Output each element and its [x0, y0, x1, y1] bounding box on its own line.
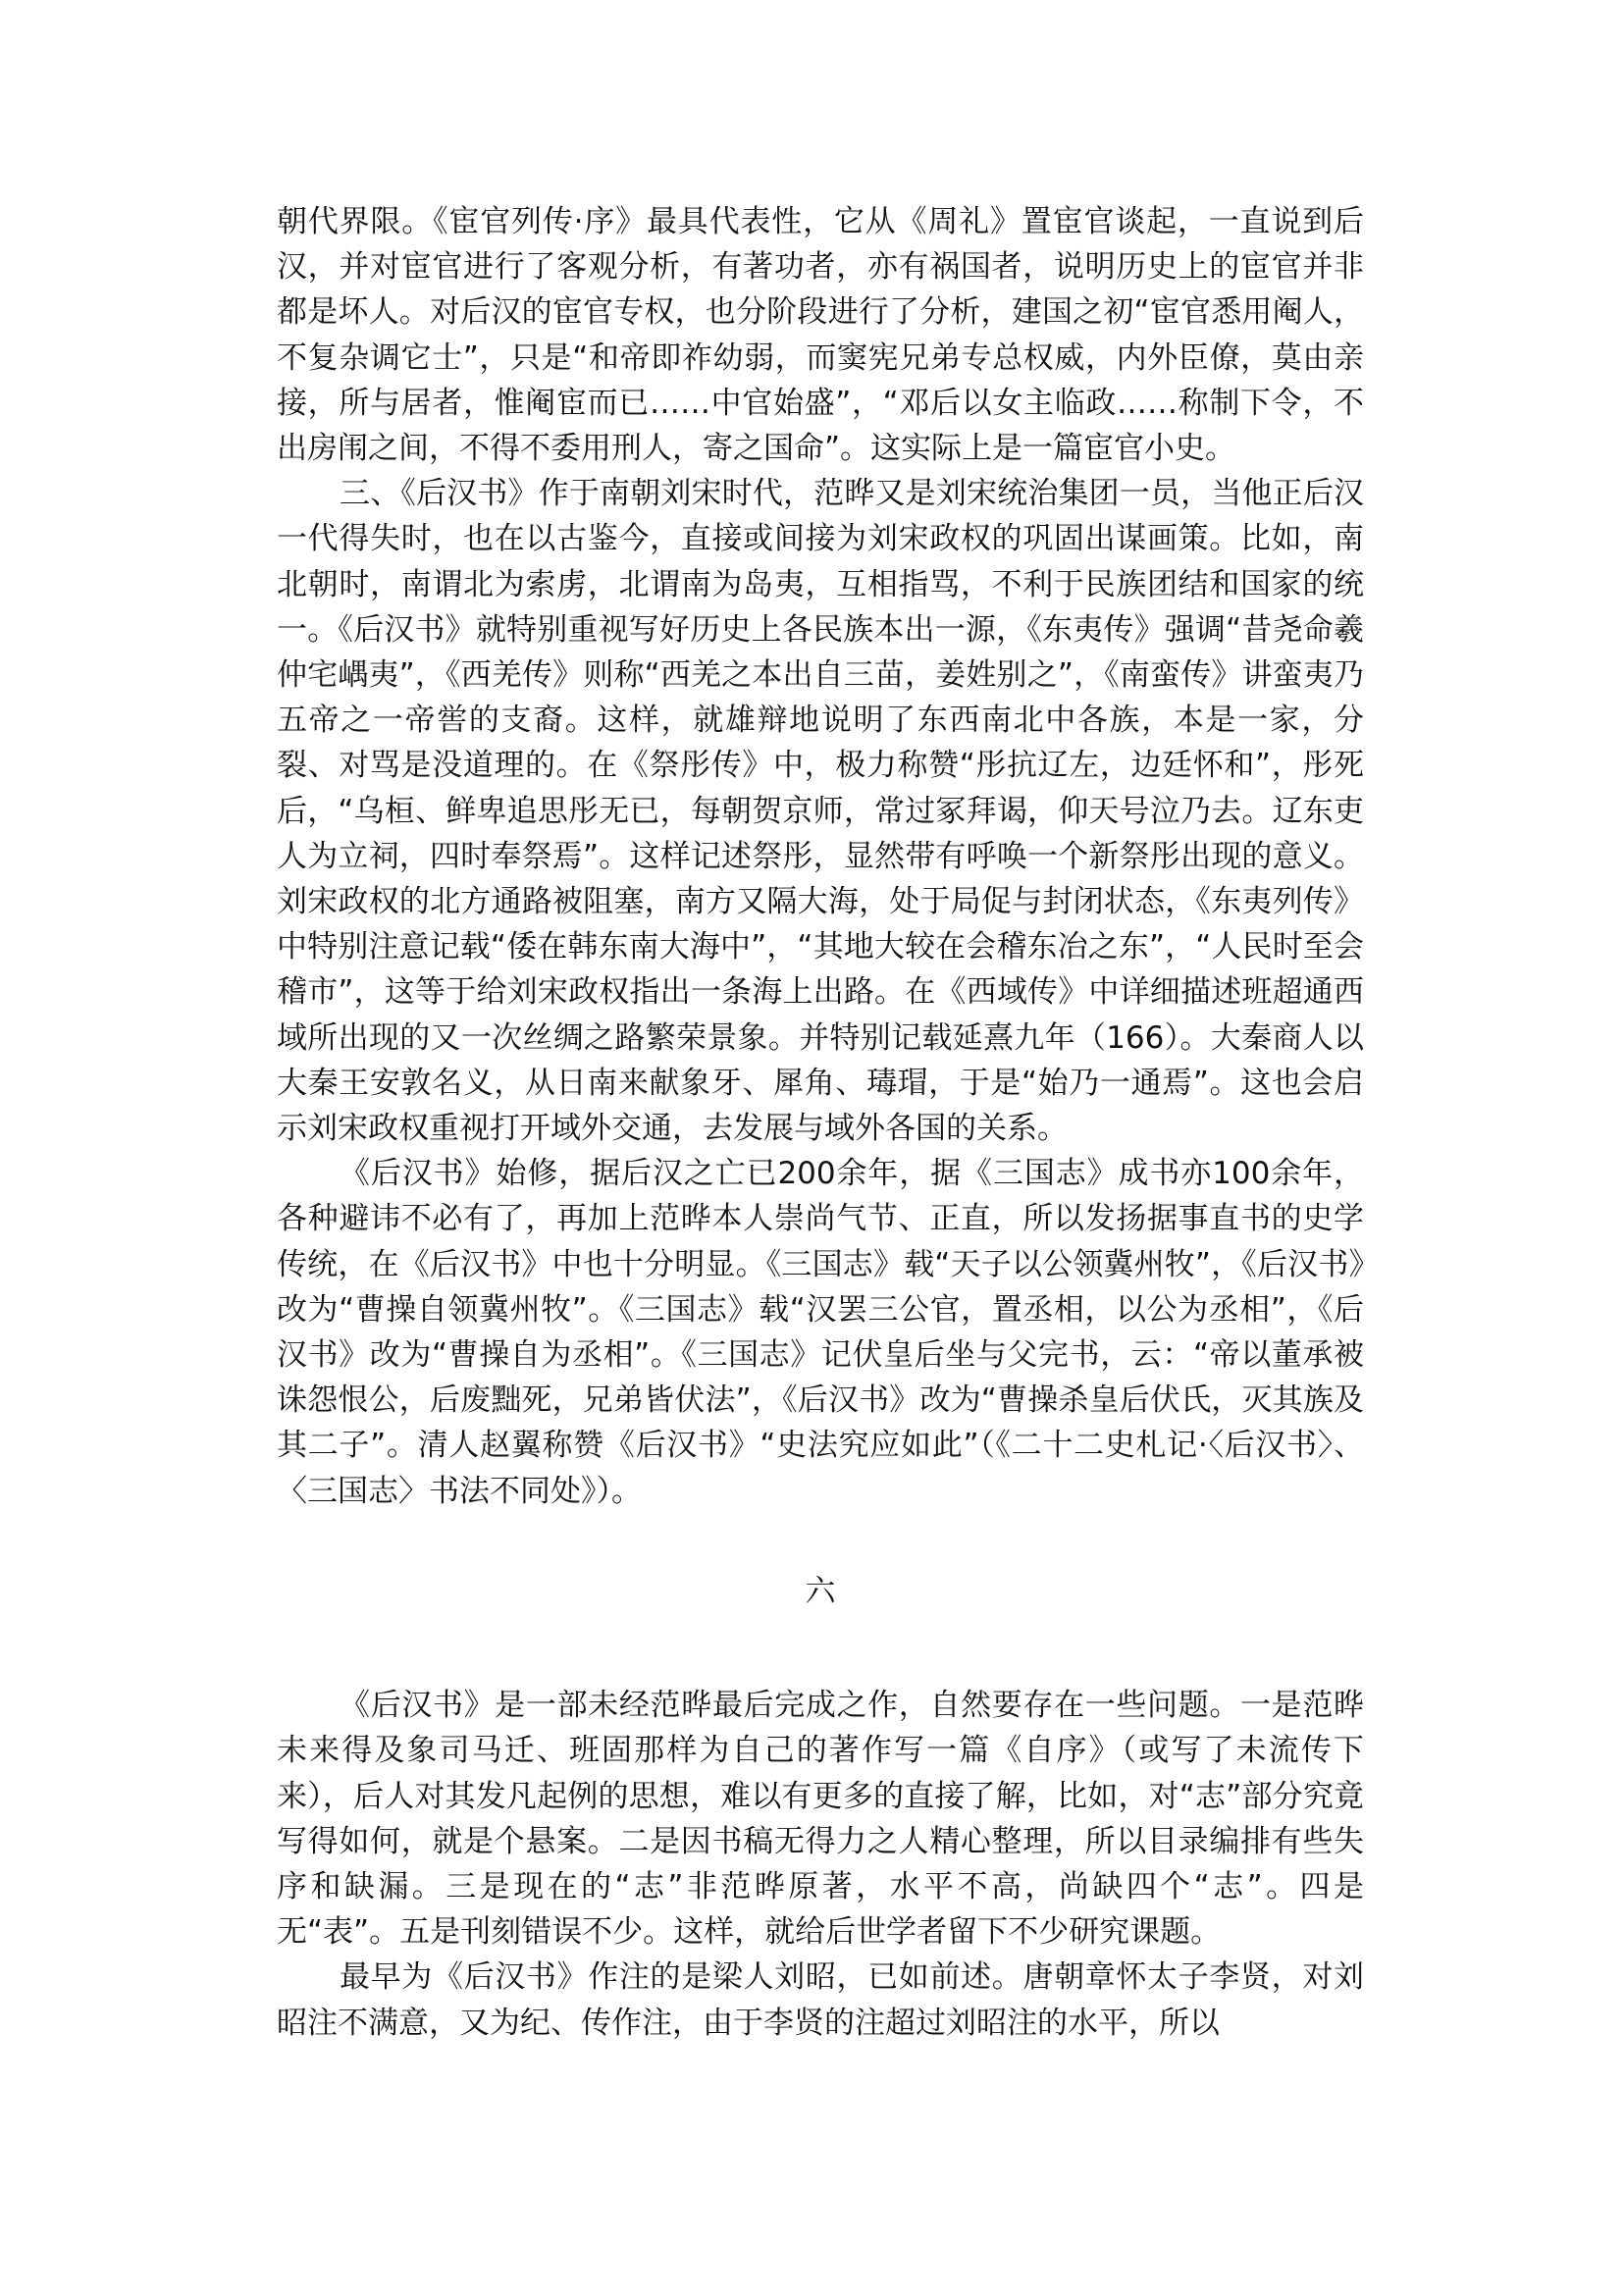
- paragraph-annotations: 最早为《后汉书》作注的是梁人刘昭，已如前述。唐朝章怀太子李贤，对刘昭注不满意，又…: [277, 1955, 1364, 2045]
- paragraph-point-three: 三、《后汉书》作于南朝刘宋时代，范晔又是刘宋统治集团一员，当他正后汉一代得失时，…: [277, 471, 1364, 1151]
- paragraph-problems: 《后汉书》是一部未经范晔最后完成之作，自然要存在一些问题。一是范晔未来得及象司马…: [277, 1683, 1364, 1955]
- paragraph-direct-writing: 《后汉书》始修，据后汉之亡已200余年，据《三国志》成书亦100余年，各种避讳不…: [277, 1151, 1364, 1514]
- paragraph-eunuch-history: 朝代界限。《宦官列传·序》最具代表性，它从《周礼》置宦官谈起，一直说到后汉，并对…: [277, 199, 1364, 471]
- document-page: 朝代界限。《宦官列传·序》最具代表性，它从《周礼》置宦官谈起，一直说到后汉，并对…: [277, 199, 1364, 2046]
- section-heading: 六: [277, 1569, 1364, 1614]
